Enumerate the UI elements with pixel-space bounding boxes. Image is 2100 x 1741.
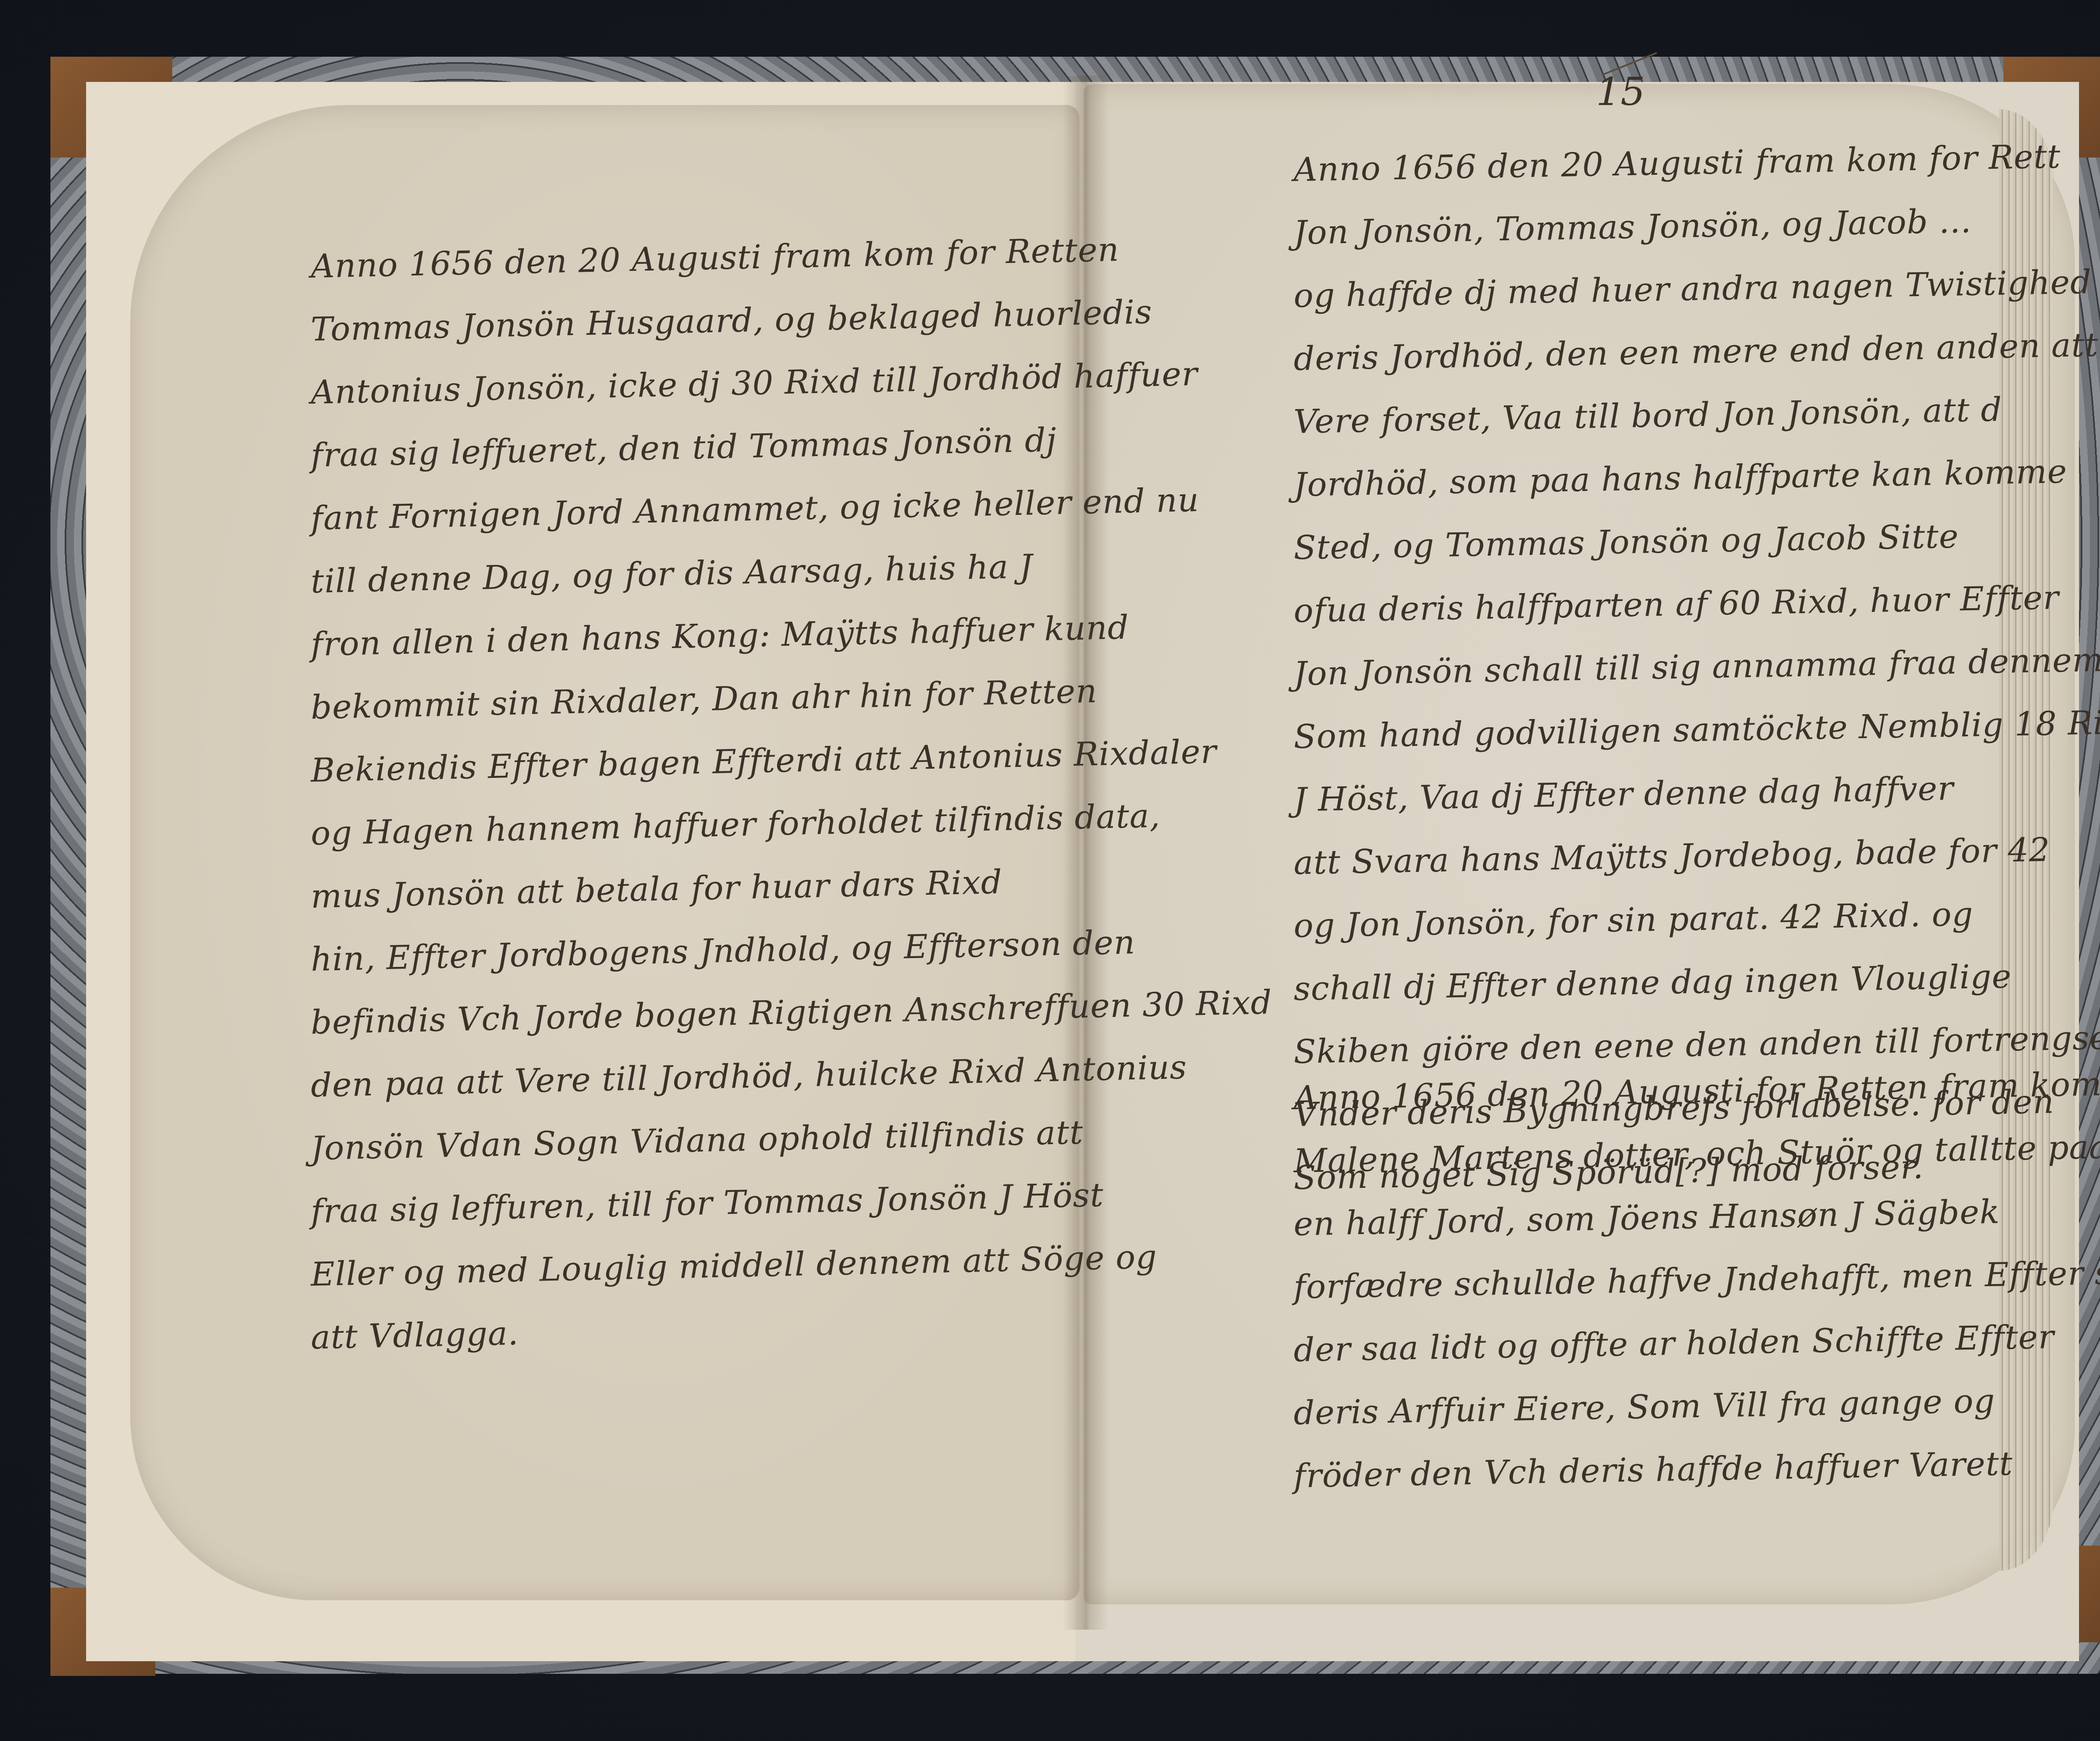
text-line: fröder den Vch deris haffde haffuer Vare… xyxy=(1293,1431,2071,1508)
right-page-entry-2: Anno 1656 den 20 Augusti for Retten fram… xyxy=(1294,1067,2071,1508)
page-number: 15 xyxy=(1596,69,1645,114)
right-page-entry-1: Anno 1656 den 20 Augusti fram kom for Re… xyxy=(1294,139,2071,1210)
left-page-entry: Anno 1656 den 20 Augusti fram kom for Re… xyxy=(311,235,1058,1369)
